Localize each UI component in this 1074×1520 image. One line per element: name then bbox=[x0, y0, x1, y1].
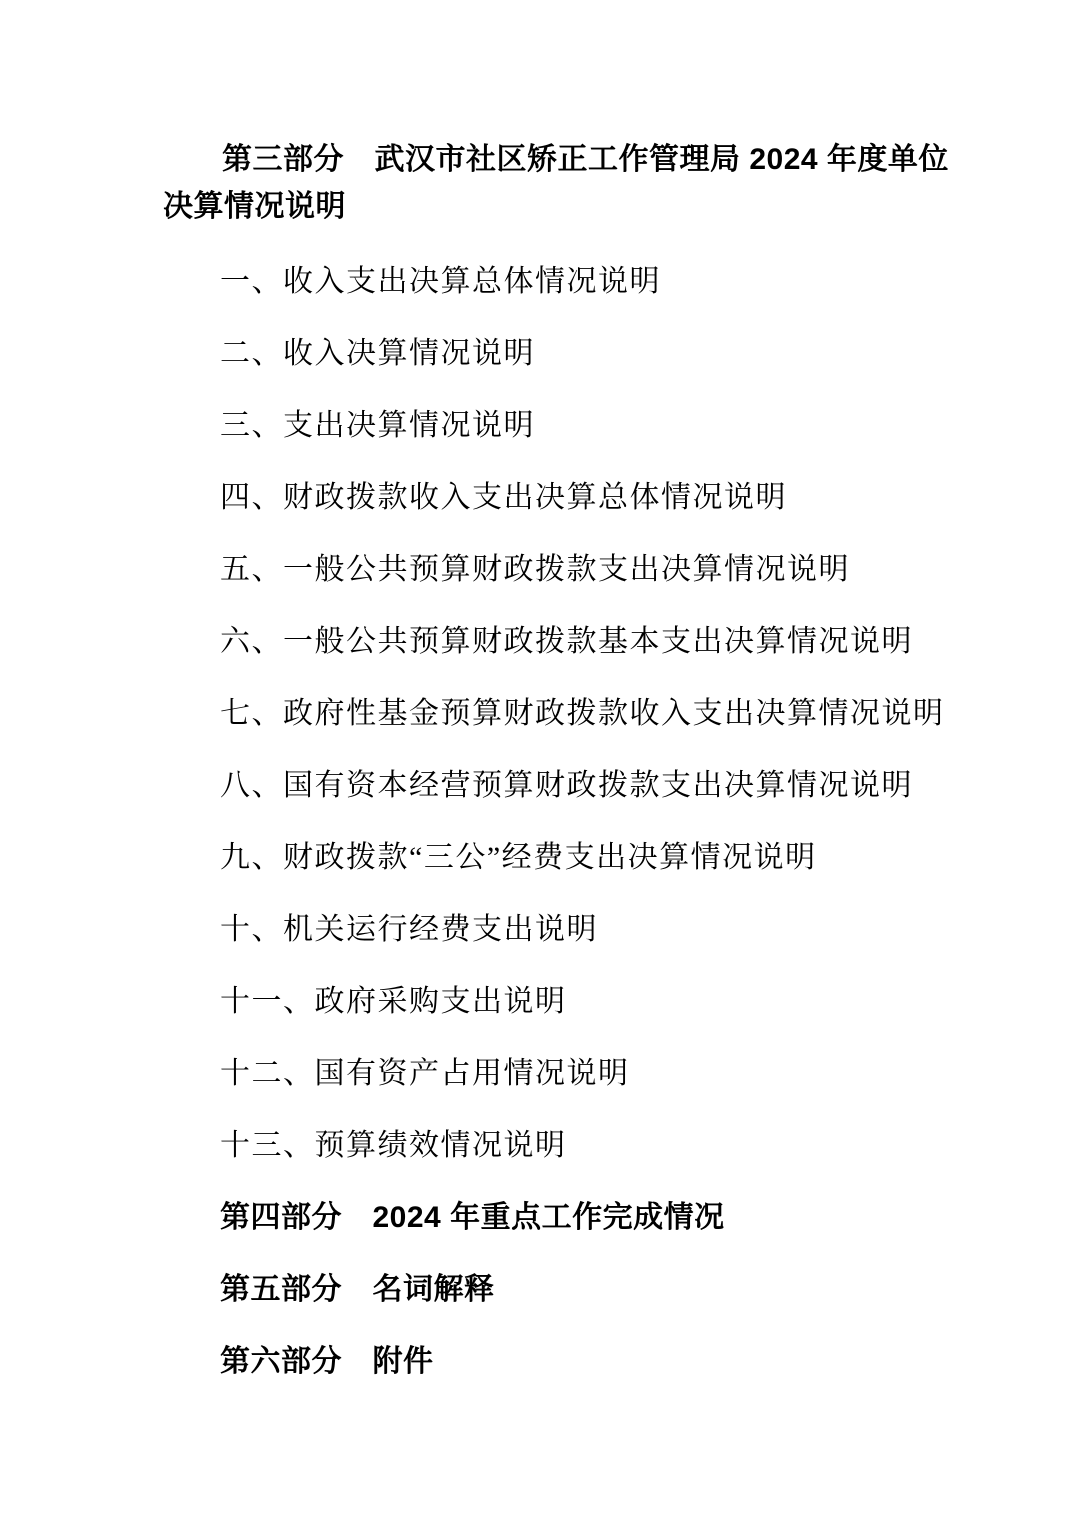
toc-item-6: 六、一般公共预算财政拨款基本支出决算情况说明 bbox=[220, 606, 1020, 678]
toc-item-7: 七、政府性基金预算财政拨款收入支出决算情况说明 bbox=[220, 678, 1020, 750]
toc-item-4: 四、财政拨款收入支出决算总体情况说明 bbox=[220, 462, 1020, 534]
toc-item-11: 十一、政府采购支出说明 bbox=[220, 966, 1020, 1038]
document-page: 第三部分 武汉市社区矫正工作管理局 2024 年度单位 决算情况说明 一、收入支… bbox=[0, 0, 1074, 1520]
toc-item-2: 二、收入决算情况说明 bbox=[220, 318, 1020, 390]
toc-item-10: 十、机关运行经费支出说明 bbox=[220, 894, 1020, 966]
table-of-contents: 一、收入支出决算总体情况说明 二、收入决算情况说明 三、支出决算情况说明 四、财… bbox=[220, 246, 1020, 1398]
part-three-heading-line1: 第三部分 武汉市社区矫正工作管理局 2024 年度单位 bbox=[163, 136, 963, 183]
toc-item-5: 五、一般公共预算财政拨款支出决算情况说明 bbox=[220, 534, 1020, 606]
part-three-heading: 第三部分 武汉市社区矫正工作管理局 2024 年度单位 决算情况说明 bbox=[163, 136, 963, 230]
toc-item-8: 八、国有资本经营预算财政拨款支出决算情况说明 bbox=[220, 750, 1020, 822]
toc-item-12: 十二、国有资产占用情况说明 bbox=[220, 1038, 1020, 1110]
toc-item-3: 三、支出决算情况说明 bbox=[220, 390, 1020, 462]
part-three-heading-line2: 决算情况说明 bbox=[163, 183, 963, 230]
toc-item-13: 十三、预算绩效情况说明 bbox=[220, 1110, 1020, 1182]
part-six-heading: 第六部分 附件 bbox=[220, 1326, 1020, 1398]
part-four-heading: 第四部分 2024 年重点工作完成情况 bbox=[220, 1182, 1020, 1254]
toc-item-1: 一、收入支出决算总体情况说明 bbox=[220, 246, 1020, 318]
part-five-heading: 第五部分 名词解释 bbox=[220, 1254, 1020, 1326]
toc-item-9: 九、财政拨款“三公”经费支出决算情况说明 bbox=[220, 822, 1020, 894]
